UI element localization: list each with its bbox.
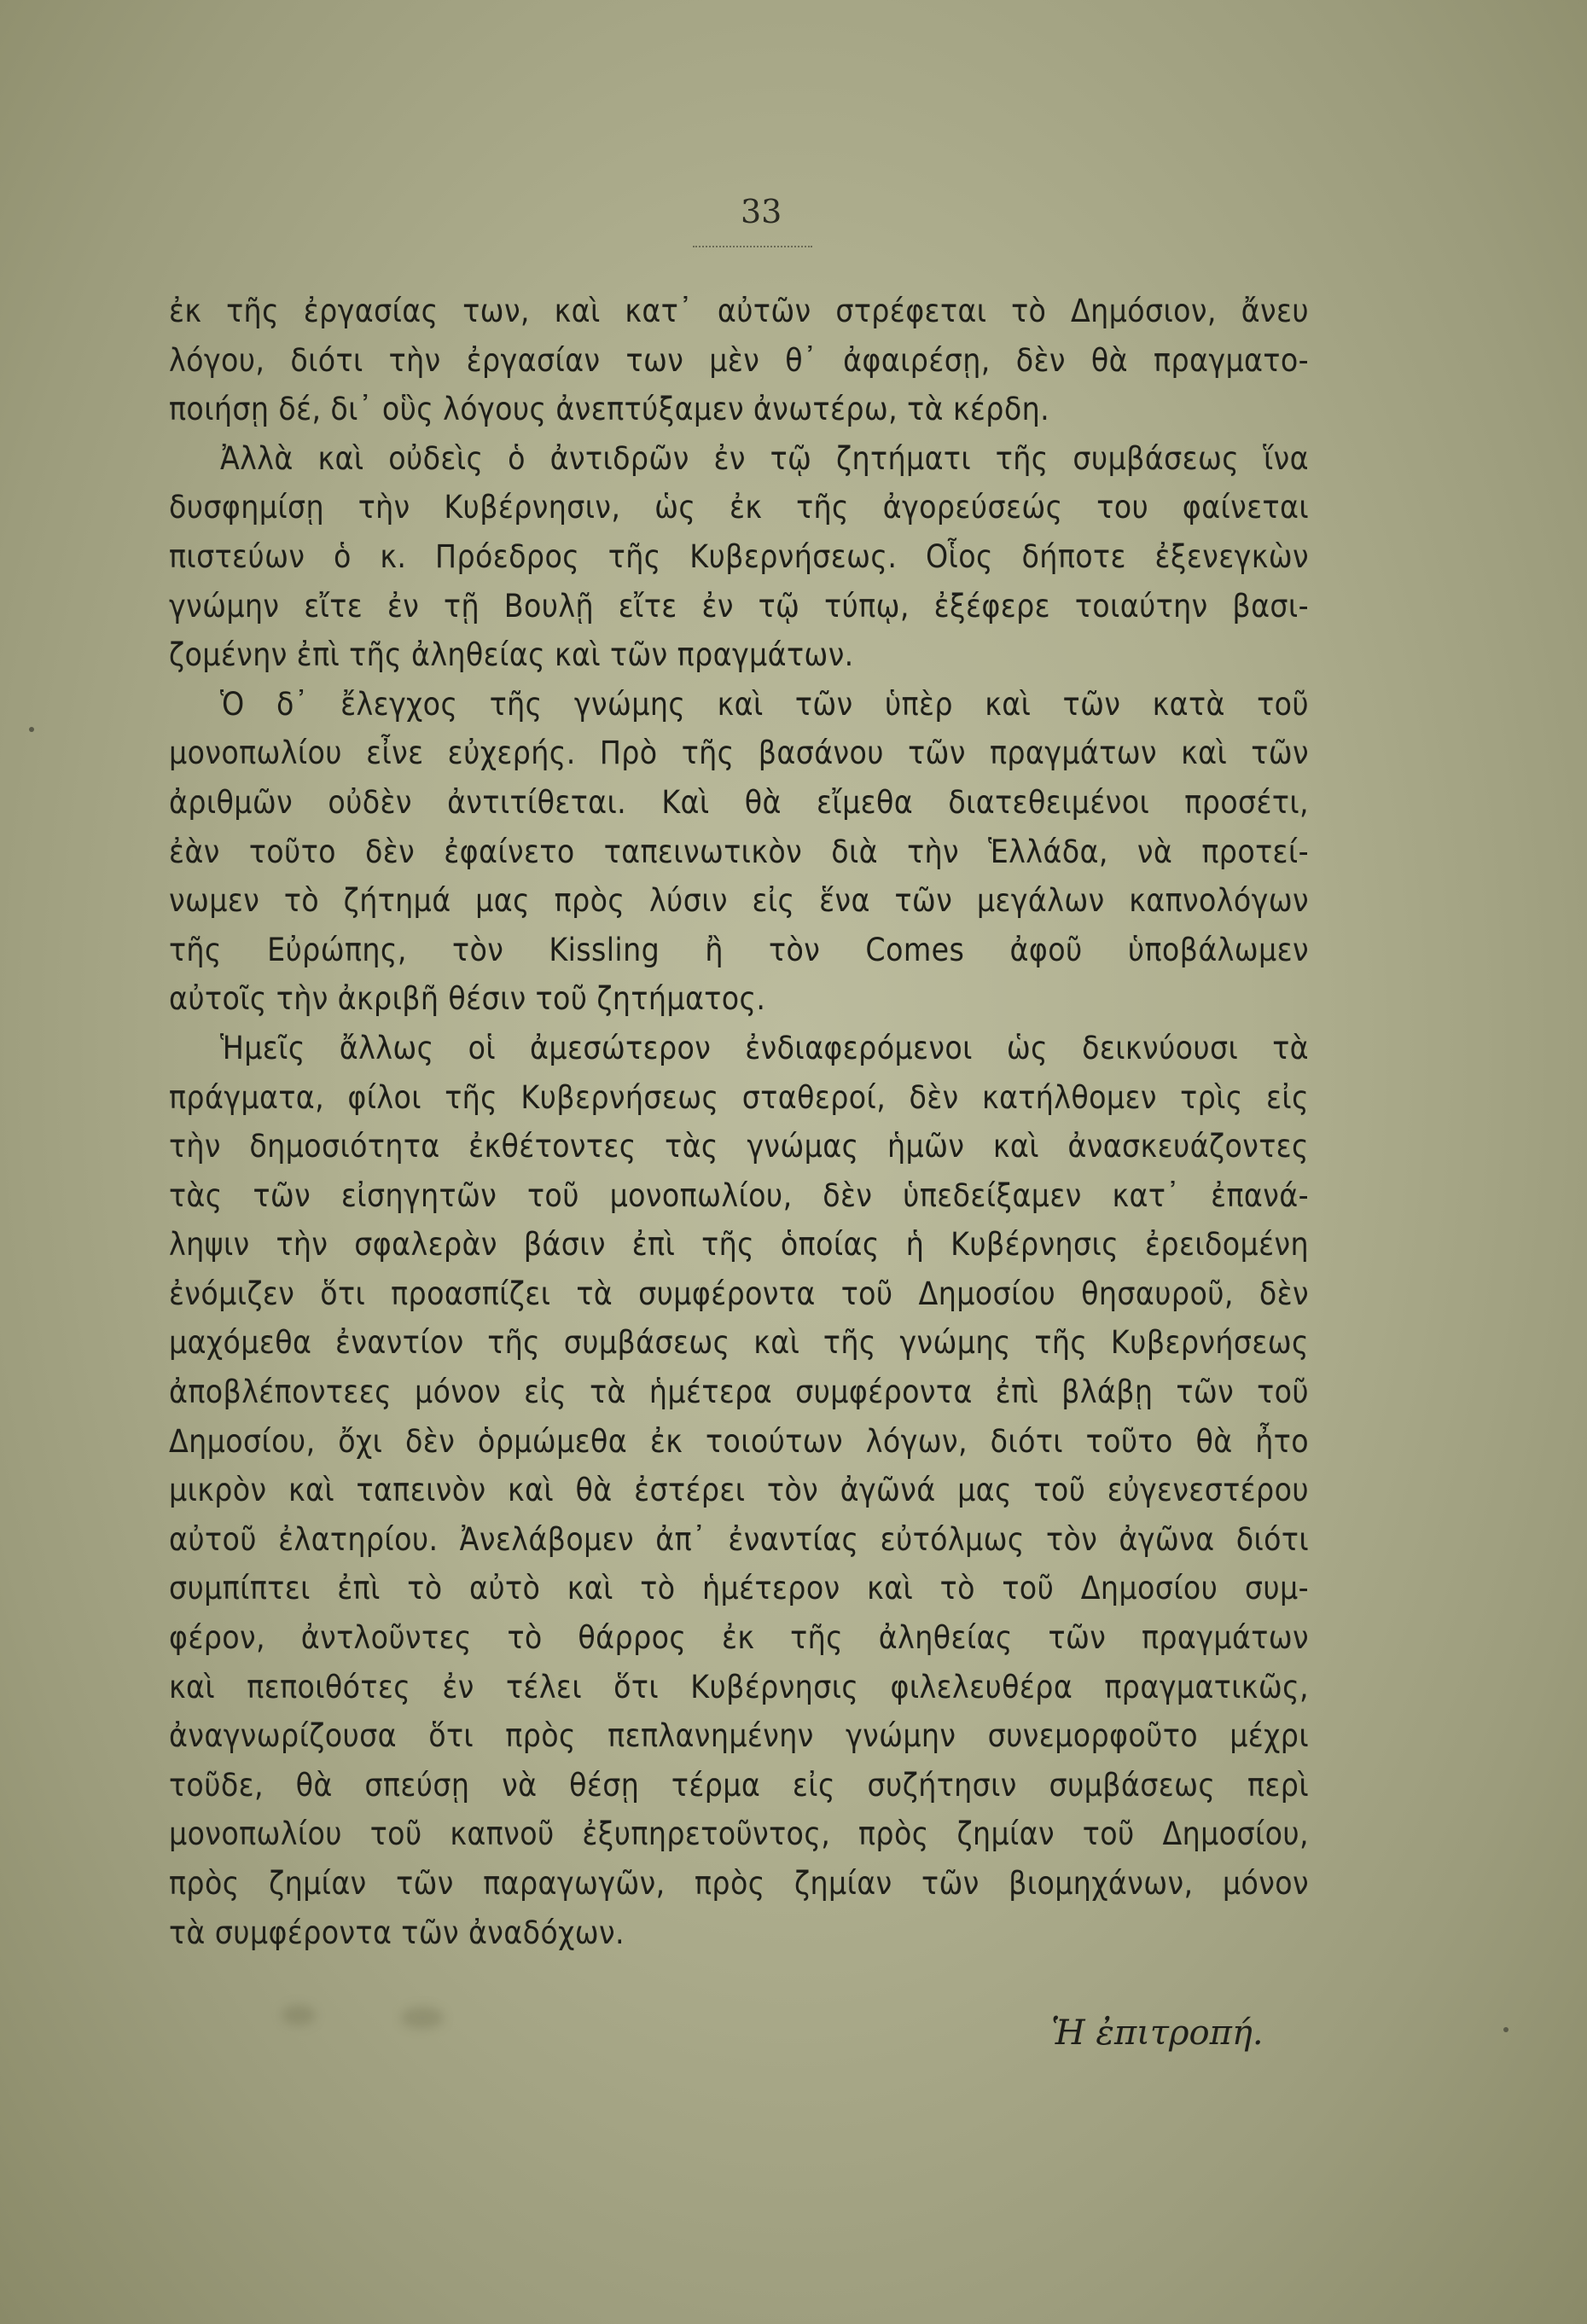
text-line: Ἀλλὰ καὶ οὐδεὶς ὁ ἀντιδρῶν ἐν τῷ ζητήματ… xyxy=(169,434,1309,484)
text-line: αὐτοῖς τὴν ἀκριβῆ θέσιν τοῦ ζητήματος. xyxy=(169,974,1309,1024)
text-line: μονοπωλίου εἶνε εὐχερής. Πρὸ τῆς βασάνου… xyxy=(169,729,1309,778)
scan-smudge xyxy=(282,2005,316,2025)
scan-speck xyxy=(29,727,34,732)
text-line: φέρον, ἀντλοῦντες τὸ θάρρος ἐκ τῆς ἀληθε… xyxy=(169,1613,1309,1663)
text-line: λόγου, διότι τὴν ἐργασίαν των μὲν θ᾽ ἀφα… xyxy=(169,336,1309,386)
text-line: πρὸς ζημίαν τῶν παραγωγῶν, πρὸς ζημίαν τ… xyxy=(169,1859,1309,1909)
text-line: νωμεν τὸ ζήτημά μας πρὸς λύσιν εἰς ἕνα τ… xyxy=(169,876,1309,926)
text-line: γνώμην εἴτε ἐν τῇ Βουλῇ εἴτε ἐν τῷ τύπῳ,… xyxy=(169,582,1309,631)
text-line: τὴν δημοσιότητα ἐκθέτοντες τὰς γνώμας ἡμ… xyxy=(169,1122,1309,1171)
text-line: τοῦδε, θὰ σπεύσῃ νὰ θέσῃ τέρμα εἰς συζήτ… xyxy=(169,1761,1309,1810)
page-number-ornament xyxy=(693,241,812,247)
text-line: ληψιν τὴν σφαλερὰν βάσιν ἐπὶ τῆς ὁποίας … xyxy=(169,1220,1309,1269)
text-line: καὶ πεποιθότες ἐν τέλει ὅτι Κυβέρνησις φ… xyxy=(169,1663,1309,1712)
text-line: τὰ συμφέροντα τῶν ἀναδόχων. xyxy=(169,1909,1309,1958)
text-line: ἐνόμιζεν ὅτι προασπίζει τὰ συμφέροντα το… xyxy=(169,1269,1309,1319)
text-line: τὰς τῶν εἰσηγητῶν τοῦ μονοπωλίου, δὲν ὑπ… xyxy=(169,1171,1309,1221)
scan-smudge xyxy=(401,2007,444,2029)
text-line: Δημοσίου, ὄχι δὲν ὁρμώμεθα ἐκ τοιούτων λ… xyxy=(169,1417,1309,1467)
text-line: ἐκ τῆς ἐργασίας των, καὶ κατ᾽ αὐτῶν στρέ… xyxy=(169,287,1309,336)
text-line: ἀναγνωρίζουσα ὅτι πρὸς πεπλανημένην γνώμ… xyxy=(169,1711,1309,1761)
signature: Ἡ ἐπιτροπή. xyxy=(1051,2013,1264,2053)
page-number: 33 xyxy=(741,193,782,230)
text-line: μαχόμεθα ἐναντίον τῆς συμβάσεως καὶ τῆς … xyxy=(169,1318,1309,1368)
text-line: μικρὸν καὶ ταπεινὸν καὶ θὰ ἐστέρει τὸν ἀ… xyxy=(169,1466,1309,1515)
text-line: ἀποβλέποντεες μόνον εἰς τὰ ἡμέτερα συμφέ… xyxy=(169,1368,1309,1417)
text-line: ποιήσῃ δέ, δι᾽ οὓς λόγους ἀνεπτύξαμεν ἀν… xyxy=(169,385,1309,434)
text-line: αὐτοῦ ἐλατηρίου. Ἀνελάβομεν ἀπ᾽ ἐναντίας… xyxy=(169,1515,1309,1565)
text-line: ἐὰν τοῦτο δὲν ἐφαίνετο ταπεινωτικὸν διὰ … xyxy=(169,828,1309,877)
scan-speck xyxy=(1503,2027,1509,2032)
text-line: πράγματα, φίλοι τῆς Κυβερνήσεως σταθεροί… xyxy=(169,1073,1309,1123)
body-text: ἐκ τῆς ἐργασίας των, καὶ κατ᾽ αὐτῶν στρέ… xyxy=(169,287,1309,1957)
text-line: τῆς Εὐρώπης, τὸν Kissling ἢ τὸν Comes ἀφ… xyxy=(169,926,1309,975)
text-line: δυσφημίσῃ τὴν Κυβέρνησιν, ὡς ἐκ τῆς ἀγορ… xyxy=(169,483,1309,532)
text-line: μονοπωλίου τοῦ καπνοῦ ἐξυπηρετοῦντος, πρ… xyxy=(169,1810,1309,1859)
text-line: ἀριθμῶν οὐδὲν ἀντιτίθεται. Καὶ θὰ εἴμεθα… xyxy=(169,778,1309,828)
text-line: Ὁ δ᾽ ἔλεγχος τῆς γνώμης καὶ τῶν ὑπὲρ καὶ… xyxy=(169,680,1309,729)
text-line: Ἡμεῖς ἄλλως οἱ ἀμεσώτερον ἐνδιαφερόμενοι… xyxy=(169,1024,1309,1073)
text-line: ζομένην ἐπὶ τῆς ἀληθείας καὶ τῶν πραγμάτ… xyxy=(169,630,1309,680)
text-line: πιστεύων ὁ κ. Πρόεδρος τῆς Κυβερνήσεως. … xyxy=(169,532,1309,582)
text-line: συμπίπτει ἐπὶ τὸ αὐτὸ καὶ τὸ ἡμέτερον κα… xyxy=(169,1564,1309,1613)
